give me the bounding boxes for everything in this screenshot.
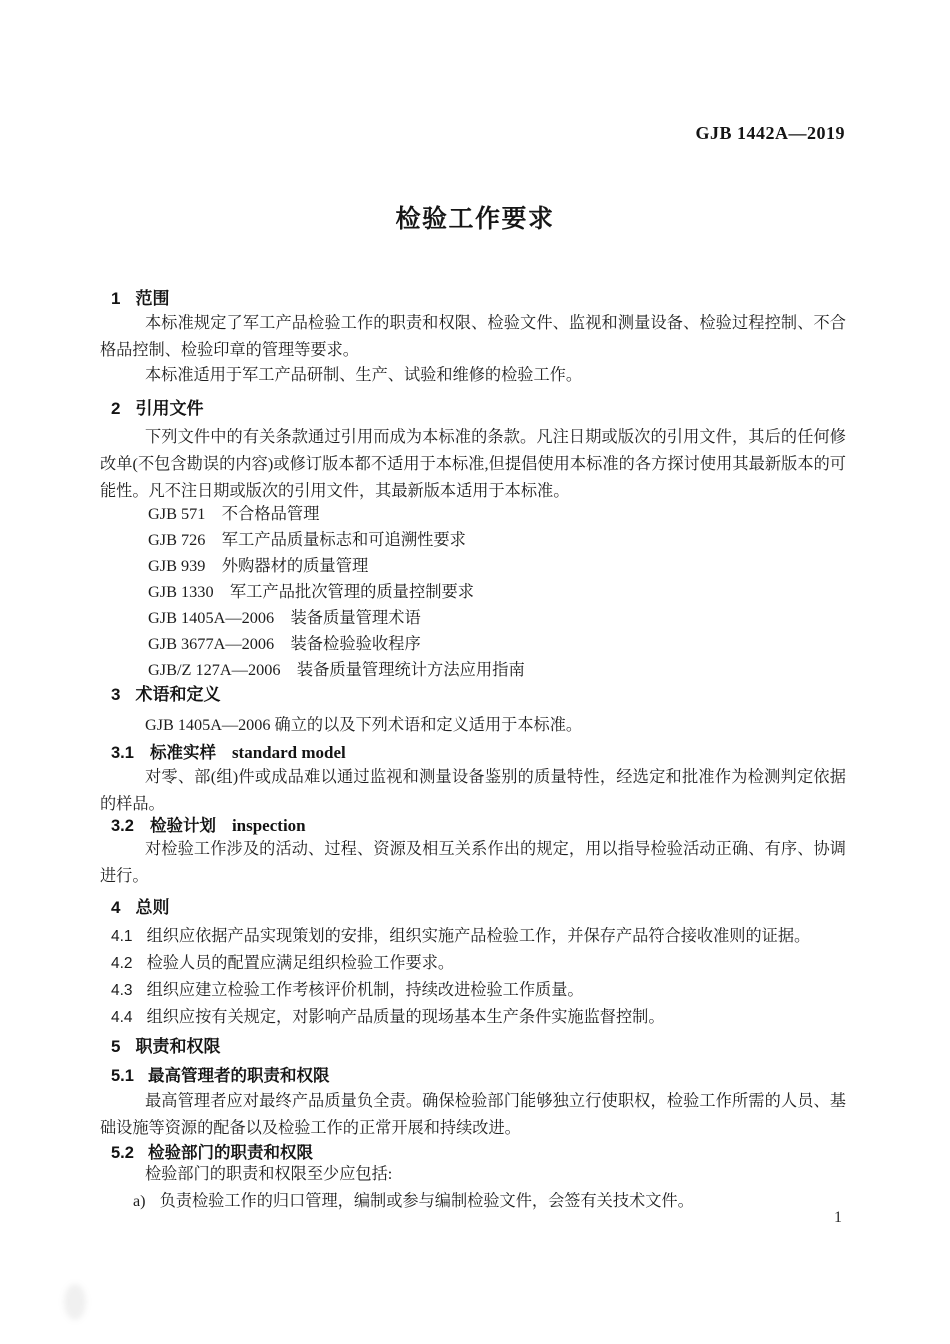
terms-intro-paragraph: GJB 1405A—2006 确立的以及下列术语和定义适用于本标准。	[100, 712, 846, 739]
section-2-title: 引用文件	[135, 399, 203, 418]
document-title: 检验工作要求	[0, 199, 950, 235]
scan-smudge	[64, 1284, 86, 1320]
clause-4-2: 4.2检验人员的配置应满足组织检验工作要求。	[111, 950, 847, 977]
term-3-1-number: 3.1	[111, 744, 134, 763]
term-3-2-zh: 检验计划	[150, 817, 216, 835]
term-3-1-heading: 3.1标准实样standard model	[111, 739, 346, 763]
clause-4-1-text: 组织应依据产品实现策划的安排，组织实施产品检验工作，并保存产品符合接收准则的证据…	[147, 927, 811, 945]
section-3-number: 3	[111, 685, 120, 705]
clause-4-3-number: 4.3	[111, 978, 133, 1004]
section-4-number: 4	[111, 898, 120, 918]
reference-item: GJB 939 外购器材的质量管理	[148, 553, 525, 579]
subsection-5-2-heading: 5.2检验部门的职责和权限	[111, 1139, 313, 1163]
scope-paragraph-2: 本标准适用于军工产品研制、生产、试验和维修的检验工作。	[100, 362, 846, 389]
reference-item: GJB 571 不合格品管理	[148, 501, 525, 527]
page-number: 1	[100, 1209, 842, 1227]
section-5-heading: 5职责和权限	[111, 1032, 220, 1057]
section-3-heading: 3术语和定义	[111, 680, 220, 705]
section-2-heading: 2引用文件	[111, 394, 203, 419]
list-item-a-text: 负责检验工作的归口管理，编制或参与编制检验文件，会签有关技术文件。	[160, 1192, 694, 1210]
subsection-5-2-intro: 检验部门的职责和权限至少应包括:	[100, 1161, 846, 1188]
term-3-2-heading: 3.2检验计划inspection	[111, 812, 306, 836]
reference-item: GJB 1405A—2006 装备质量管理术语	[148, 605, 525, 631]
clause-4-3: 4.3组织应建立检验工作考核评价机制，持续改进检验工作质量。	[111, 977, 847, 1004]
clause-4-1: 4.1组织应依据产品实现策划的安排，组织实施产品检验工作，并保存产品符合接收准则…	[111, 923, 847, 950]
clause-4-3-text: 组织应建立检验工作考核评价机制，持续改进检验工作质量。	[147, 981, 584, 999]
standard-code: GJB 1442A—2019	[100, 123, 845, 144]
reference-item: GJB 3677A—2006 装备检验验收程序	[148, 631, 525, 657]
references-intro-paragraph: 下列文件中的有关条款通过引用而成为本标准的条款。凡注日期或版次的引用文件，其后的…	[100, 424, 846, 505]
document-page: GJB 1442A—2019 检验工作要求 1范围 本标准规定了军工产品检验工作…	[0, 0, 950, 1344]
section-4-heading: 4总则	[111, 893, 169, 918]
term-3-2-number: 3.2	[111, 817, 134, 836]
section-1-number: 1	[111, 289, 120, 309]
subsection-5-1-number: 5.1	[111, 1067, 134, 1086]
section-4-title: 总则	[135, 898, 169, 917]
scope-paragraph-1: 本标准规定了军工产品检验工作的职责和权限、检验文件、监视和测量设备、检验过程控制…	[100, 310, 846, 364]
clause-4-4-text: 组织应按有关规定，对影响产品质量的现场基本生产条件实施监督控制。	[147, 1008, 665, 1026]
reference-item: GJB 1330 军工产品批次管理的质量控制要求	[148, 579, 525, 605]
clause-4-4: 4.4组织应按有关规定，对影响产品质量的现场基本生产条件实施监督控制。	[111, 1004, 847, 1031]
subsection-5-1-paragraph: 最高管理者应对最终产品质量负全责。确保检验部门能够独立行使职权，检验工作所需的人…	[100, 1088, 846, 1142]
reference-item: GJB 726 军工产品质量标志和可追溯性要求	[148, 527, 525, 553]
subsection-5-2-title: 检验部门的职责和权限	[148, 1144, 313, 1162]
reference-list: GJB 571 不合格品管理 GJB 726 军工产品质量标志和可追溯性要求 G…	[148, 501, 525, 683]
section-1-heading: 1范围	[111, 284, 169, 309]
term-3-1-en: standard model	[232, 743, 346, 763]
section-3-title: 术语和定义	[135, 685, 220, 704]
clause-4-1-number: 4.1	[111, 924, 133, 950]
section-5-number: 5	[111, 1037, 120, 1057]
term-3-1-zh: 标准实样	[150, 744, 216, 762]
section-1-title: 范围	[135, 289, 169, 308]
clause-4-2-text: 检验人员的配置应满足组织检验工作要求。	[147, 954, 455, 972]
term-3-1-definition: 对零、部(组)件或成品难以通过监视和测量设备鉴别的质量特性，经选定和批准作为检测…	[100, 764, 846, 818]
list-item-a: a)负责检验工作的归口管理，编制或参与编制检验文件，会签有关技术文件。	[133, 1187, 694, 1211]
term-3-2-en: inspection	[232, 816, 306, 836]
section-2-number: 2	[111, 399, 120, 419]
clause-4-2-number: 4.2	[111, 951, 133, 977]
term-3-2-definition: 对检验工作涉及的活动、过程、资源及相互关系作出的规定，用以指导检验活动正确、有序…	[100, 836, 846, 890]
subsection-5-1-title: 最高管理者的职责和权限	[148, 1067, 330, 1085]
subsection-5-1-heading: 5.1最高管理者的职责和权限	[111, 1062, 329, 1086]
section-5-title: 职责和权限	[135, 1037, 220, 1056]
clause-4-4-number: 4.4	[111, 1005, 133, 1031]
